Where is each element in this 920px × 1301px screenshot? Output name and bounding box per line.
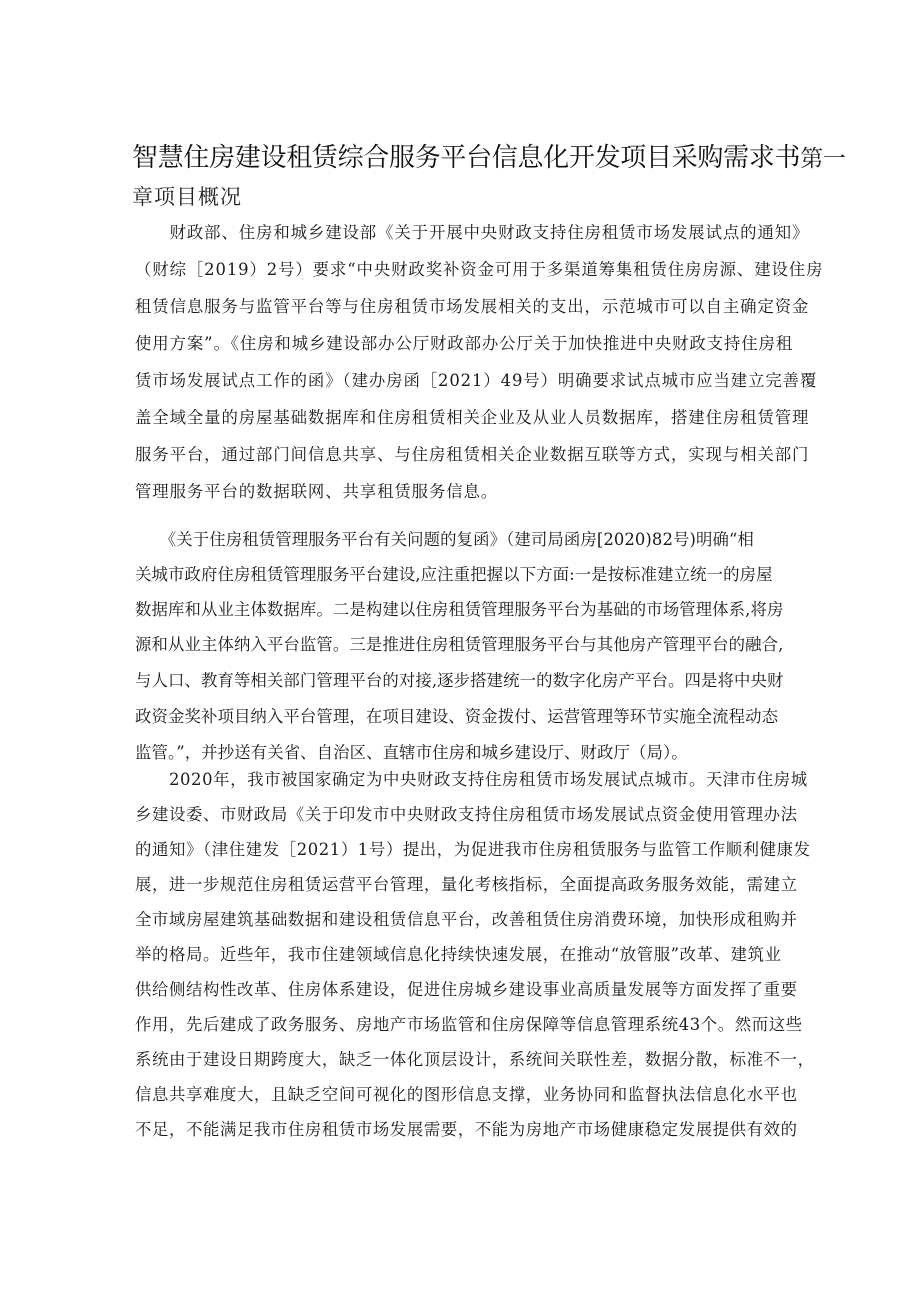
paragraph-line: 信息共享难度大，且缺乏空间可视化的图形信息支撑，业务协同和监督执法信息化水平也 <box>135 1084 799 1106</box>
paragraph-line: 2020年，我市被国家确定为中央财政支持住房租赁市场发展试点城市。天津市住房城 <box>135 769 799 791</box>
paragraph-line: 乡建设委、市财政局《关于印发市中央财政支持住房租赁市场发展试点资金使用管理办法 <box>135 804 799 826</box>
paragraph-line: 作用，先后建成了政务服务、房地产市场监管和住房保障等信息管理系统43个。然而这些 <box>135 1014 799 1036</box>
paragraph-line: 监管。”，并抄送有关省、自治区、直辖市住房和城乡建设厅、财政厅（局）。 <box>135 742 799 764</box>
paragraph-line: 源和从业主体纳入平台监管。三是推进住房租赁管理服务平台与其他房产管理平台的融合, <box>135 634 799 656</box>
paragraph-line: 租赁信息服务与监管平台等与住房租赁市场发展相关的支出，示范城市可以自主确定资金 <box>135 296 799 318</box>
paragraph-line: 展，进一步规范住房租赁运营平台管理，量化考核指标，全面提高政务服务效能，需建立 <box>135 874 799 896</box>
paragraph-line: 的通知》（津住建发［2021）1号）提出，为促进我市住房租赁服务与监管工作顺利健… <box>135 839 799 861</box>
paragraph-line: 供给侧结构性改革、住房体系建设，促进住房城乡建设事业高质量发展等方面发挥了重要 <box>135 979 799 1001</box>
paragraph-line: 管理服务平台的数据联网、共享租赁服务信息。 <box>135 481 799 503</box>
title-main: 智慧住房建设租赁综合服务平台信息化开发项目采购需求书 <box>132 143 800 173</box>
document-title-line-2: 章项目概况 <box>132 182 242 212</box>
paragraph-line: 盖全域全量的房屋基础数据库和住房租赁相关企业及从业人员数据库，搭建住房租赁管理 <box>135 407 799 429</box>
paragraph-line: 数据库和从业主体数据库。二是构建以住房租赁管理服务平台为基础的市场管理体系,将房 <box>135 599 799 621</box>
paragraph-line: 举的格局。近些年，我市住建领域信息化持续快速发展，在推动“放管服”改革、建筑业 <box>135 944 799 966</box>
document-title-line-1: 智慧住房建设租赁综合服务平台信息化开发项目采购需求书第一 <box>132 142 846 175</box>
paragraph-line: 赁市场发展试点工作的函》（建办房函［2021）49号）明确要求试点城市应当建立完… <box>135 370 799 392</box>
paragraph-line: 服务平台，通过部门间信息共享、与住房租赁相关企业数据互联等方式，实现与相关部门 <box>135 444 799 466</box>
paragraph-line: 关城市政府住房租赁管理服务平台建设,应注重把握以下方面:一是按标准建立统一的房屋 <box>135 564 799 586</box>
paragraph-line: 不足，不能满足我市住房租赁市场发展需要，不能为房地产市场健康稳定发展提供有效的 <box>135 1119 799 1141</box>
paragraph-line: 系统由于建设日期跨度大，缺乏一体化顶层设计，系统间关联性差，数据分散，标准不一， <box>135 1049 799 1071</box>
document-page: 智慧住房建设租赁综合服务平台信息化开发项目采购需求书第一 章项目概况 财政部、住… <box>0 0 920 1301</box>
title-chapter-prefix: 第一 <box>800 146 845 172</box>
paragraph-line: 《关于住房租赁管理服务平台有关问题的复函》（建司局函房[2020)82号)明确“… <box>135 529 799 551</box>
paragraph-line: 使用方案”。《住房和城乡建设部办公厅财政部办公厅关于加快推进中央财政支持住房租 <box>135 333 799 355</box>
paragraph-line: 政资金奖补项目纳入平台管理，在项目建设、资金拨付、运营管理等环节实施全流程动态 <box>135 706 799 728</box>
paragraph-line: 财政部、住房和城乡建设部《关于开展中央财政支持住房租赁市场发展试点的通知》 <box>135 222 799 244</box>
paragraph-line: 全市域房屋建筑基础数据和建设租赁信息平台，改善租赁住房消费环境，加快形成租购并 <box>135 909 799 931</box>
paragraph-line: （财综［2019）2号）要求“中央财政奖补资金可用于多渠道筹集租赁住房房源、建设… <box>135 259 799 281</box>
paragraph-line: 与人口、教育等相关部门管理平台的对接,逐步搭建统一的数字化房产平台。四是将中央财 <box>135 670 799 692</box>
